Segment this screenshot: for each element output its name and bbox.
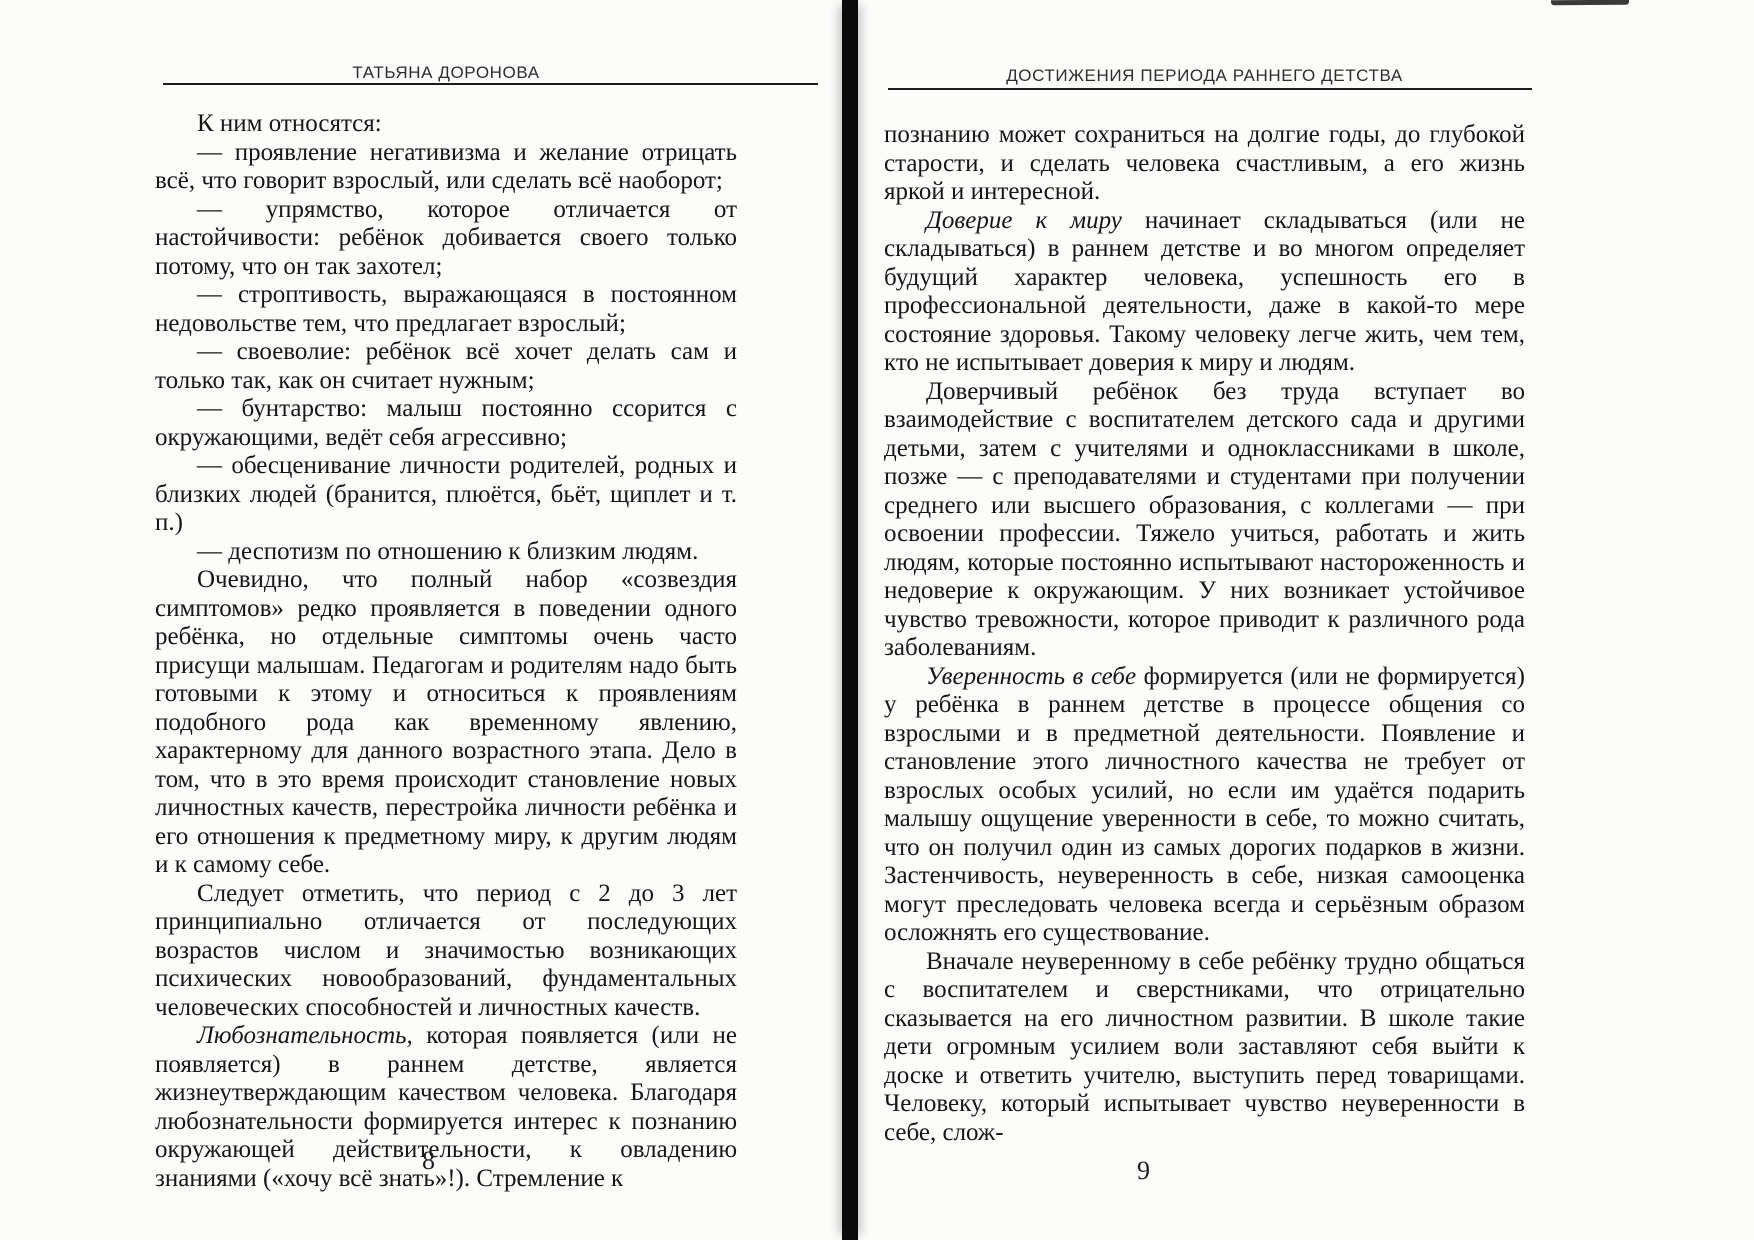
italic-lead: Любознательность, <box>197 1022 413 1049</box>
left-text-column: К ним относятся:— проявление негативизма… <box>155 110 737 1193</box>
paragraph: Любознательность, которая появляется (ил… <box>155 1022 737 1193</box>
page-number-left: 8 <box>422 1146 435 1176</box>
paragraph: К ним относятся: <box>155 110 737 139</box>
paragraph: — обесценивание личности родителей, родн… <box>155 452 737 538</box>
running-header-author: ТАТЬЯНА ДОРОНОВА <box>155 63 737 83</box>
paragraph: — строптивость, выражающаяся в постоянно… <box>155 281 737 338</box>
paragraph: — бунтарство: малыш постоянно ссорится с… <box>155 395 737 452</box>
paragraph: Следует отметить, что период с 2 до 3 ле… <box>155 880 737 1023</box>
paragraph: Доверие к миру начинает складываться (ил… <box>884 207 1525 378</box>
paragraph: — деспотизм по отношению к близким людям… <box>155 538 737 567</box>
paragraph: Уверенность в себе формируется (или не ф… <box>884 663 1525 948</box>
header-rule <box>163 83 818 85</box>
scan-smudge-artifact <box>1551 0 1629 5</box>
running-header-chapter: ДОСТИЖЕНИЯ ПЕРИОДА РАННЕГО ДЕТСТВА <box>884 66 1525 86</box>
italic-lead: Уверенность в себе <box>926 663 1136 690</box>
paragraph: Доверчивый ребёнок без труда вступает во… <box>884 378 1525 663</box>
paragraph: Очевидно, что полный набор «созвездия си… <box>155 566 737 880</box>
book-gutter-band <box>842 0 858 1240</box>
header-rule <box>888 88 1532 90</box>
italic-lead: Доверие к миру <box>926 207 1122 234</box>
paragraph: познанию может сохраниться на долгие год… <box>884 121 1525 207</box>
paragraph: — упрямство, которое отличается от насто… <box>155 196 737 282</box>
paragraph: — своеволие: ребёнок всё хочет делать са… <box>155 338 737 395</box>
book-scan: { "appearance": { "ink_color": "#161616"… <box>0 0 1754 1240</box>
paragraph: — проявление негативизма и желание отриц… <box>155 139 737 196</box>
right-text-column: познанию может сохраниться на долгие год… <box>884 121 1525 1147</box>
page-number-right: 9 <box>1137 1156 1150 1186</box>
paragraph: Вначале неуверенному в себе ребёнку труд… <box>884 948 1525 1148</box>
